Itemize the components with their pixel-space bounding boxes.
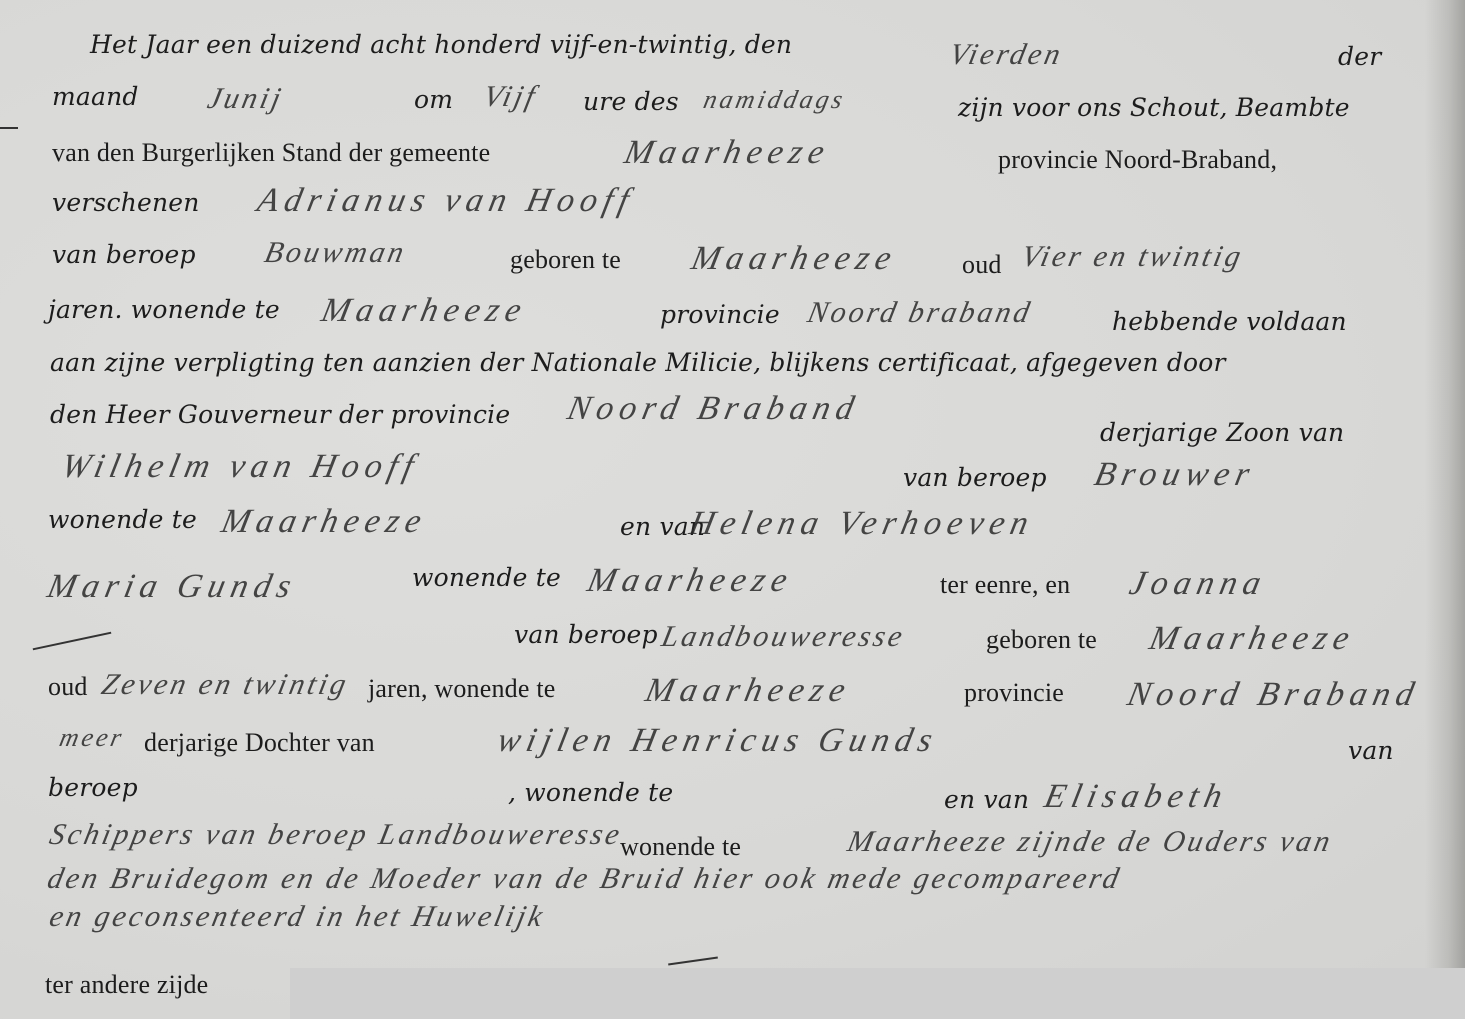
printed-text: om	[414, 85, 453, 114]
printed-text: wonende te	[620, 832, 741, 862]
handwritten-bride-status: meer	[57, 723, 127, 753]
printed-text: aan zijne verpligting ten aanzien der Na…	[50, 348, 1226, 377]
pen-stroke	[668, 957, 718, 966]
handwritten-groom-occupation: Bouwman	[261, 236, 409, 270]
handwritten-groom-father-occupation: Brouwer	[1091, 456, 1259, 494]
page-edge-shadow	[1425, 0, 1465, 1019]
printed-text: ter andere zijde	[45, 970, 208, 1000]
pen-stroke	[33, 632, 112, 651]
handwritten-groom-name: Adrianus van Hooff	[254, 182, 638, 220]
printed-text: ure des	[583, 87, 679, 116]
printed-text: der	[1338, 42, 1381, 71]
printed-text: zijn voor ons Schout, Beambte	[958, 93, 1350, 122]
printed-text: en van	[944, 785, 1029, 814]
handwritten-groom-mother-residence: Maarheeze	[584, 562, 797, 600]
handwritten-bride-mother: Elisabeth	[1041, 778, 1232, 816]
handwritten-day: Vierden	[946, 38, 1066, 72]
printed-text: van beroep	[903, 463, 1047, 492]
handwritten-line16b: Maarheeze zijnde de Ouders van	[844, 825, 1336, 859]
handwritten-bride-name-b: Joanna	[1126, 565, 1270, 603]
handwritten-militia-province: Noord Braband	[564, 390, 863, 428]
printed-text: den Heer Gouverneur der provincie	[50, 400, 510, 429]
printed-text: , wonende te	[508, 778, 673, 807]
printed-text: oud	[48, 672, 88, 702]
margin-mark	[0, 127, 18, 129]
handwritten-groom-father: Wilhelm van Hooff	[58, 448, 423, 486]
printed-text: Het Jaar een duizend acht honderd vijf-e…	[90, 30, 792, 59]
printed-text: jaren, wonende te	[368, 674, 555, 704]
printed-text: provincie	[964, 678, 1064, 708]
handwritten-bride-age: Zeven en twintig	[98, 668, 352, 702]
handwritten-line16: Schippers van beroep Landbouweresse	[46, 818, 625, 852]
handwritten-municipality: Maarheeze	[621, 134, 834, 172]
printed-text: van den Burgerlijken Stand der gemeente	[52, 138, 490, 168]
printed-text: provincie	[660, 300, 780, 329]
printed-text: ter eenre, en	[940, 570, 1070, 600]
printed-text: beroep	[48, 773, 138, 802]
handwritten-line18: en geconsenteerd in het Huwelijk	[46, 900, 548, 934]
printed-text: oud	[962, 250, 1002, 280]
handwritten-groom-residence: Maarheeze	[318, 292, 531, 330]
printed-text: wonende te	[412, 563, 561, 592]
printed-text: maand	[52, 82, 139, 111]
printed-text: van	[1348, 736, 1394, 765]
printed-text: van beroep	[514, 620, 658, 649]
handwritten-groom-province: Noord braband	[804, 296, 1035, 330]
printed-text: jaren. wonende te	[48, 295, 280, 324]
handwritten-line17: den Bruidegom en de Moeder van de Bruid …	[44, 862, 1124, 896]
printed-text: geboren te	[986, 625, 1097, 655]
printed-text: van beroep	[52, 240, 196, 269]
handwritten-bride-name-a: Maria Gunds	[44, 568, 300, 606]
handwritten-hour: Vijf	[480, 80, 540, 114]
printed-text: derjarige Zoon van	[1100, 418, 1344, 447]
printed-text: wonende te	[48, 505, 197, 534]
handwritten-bride-residence: Maarheeze	[642, 672, 855, 710]
handwritten-bride-father: wijlen Henricus Gunds	[494, 722, 942, 760]
handwritten-groom-birthplace: Maarheeze	[688, 240, 901, 278]
handwritten-bride-province: Noord Braband	[1124, 676, 1423, 714]
printed-text: hebbende voldaan	[1112, 307, 1347, 336]
redacted-area	[290, 968, 1465, 1019]
handwritten-month: Junij	[204, 82, 286, 116]
handwritten-bride-occupation: Landbouweresse	[658, 620, 908, 654]
handwritten-groom-mother: Helena Verhoeven	[686, 505, 1038, 543]
handwritten-groom-age: Vier en twintig	[1018, 240, 1246, 274]
handwritten-time-of-day: namiddags	[701, 85, 849, 115]
printed-text: geboren te	[510, 245, 621, 275]
handwritten-bride-birthplace: Maarheeze	[1146, 620, 1359, 658]
printed-text: verschenen	[52, 188, 200, 217]
handwritten-groom-father-residence: Maarheeze	[218, 503, 431, 541]
printed-text: derjarige Dochter van	[144, 728, 375, 758]
printed-text: provincie Noord-Braband,	[998, 145, 1277, 175]
